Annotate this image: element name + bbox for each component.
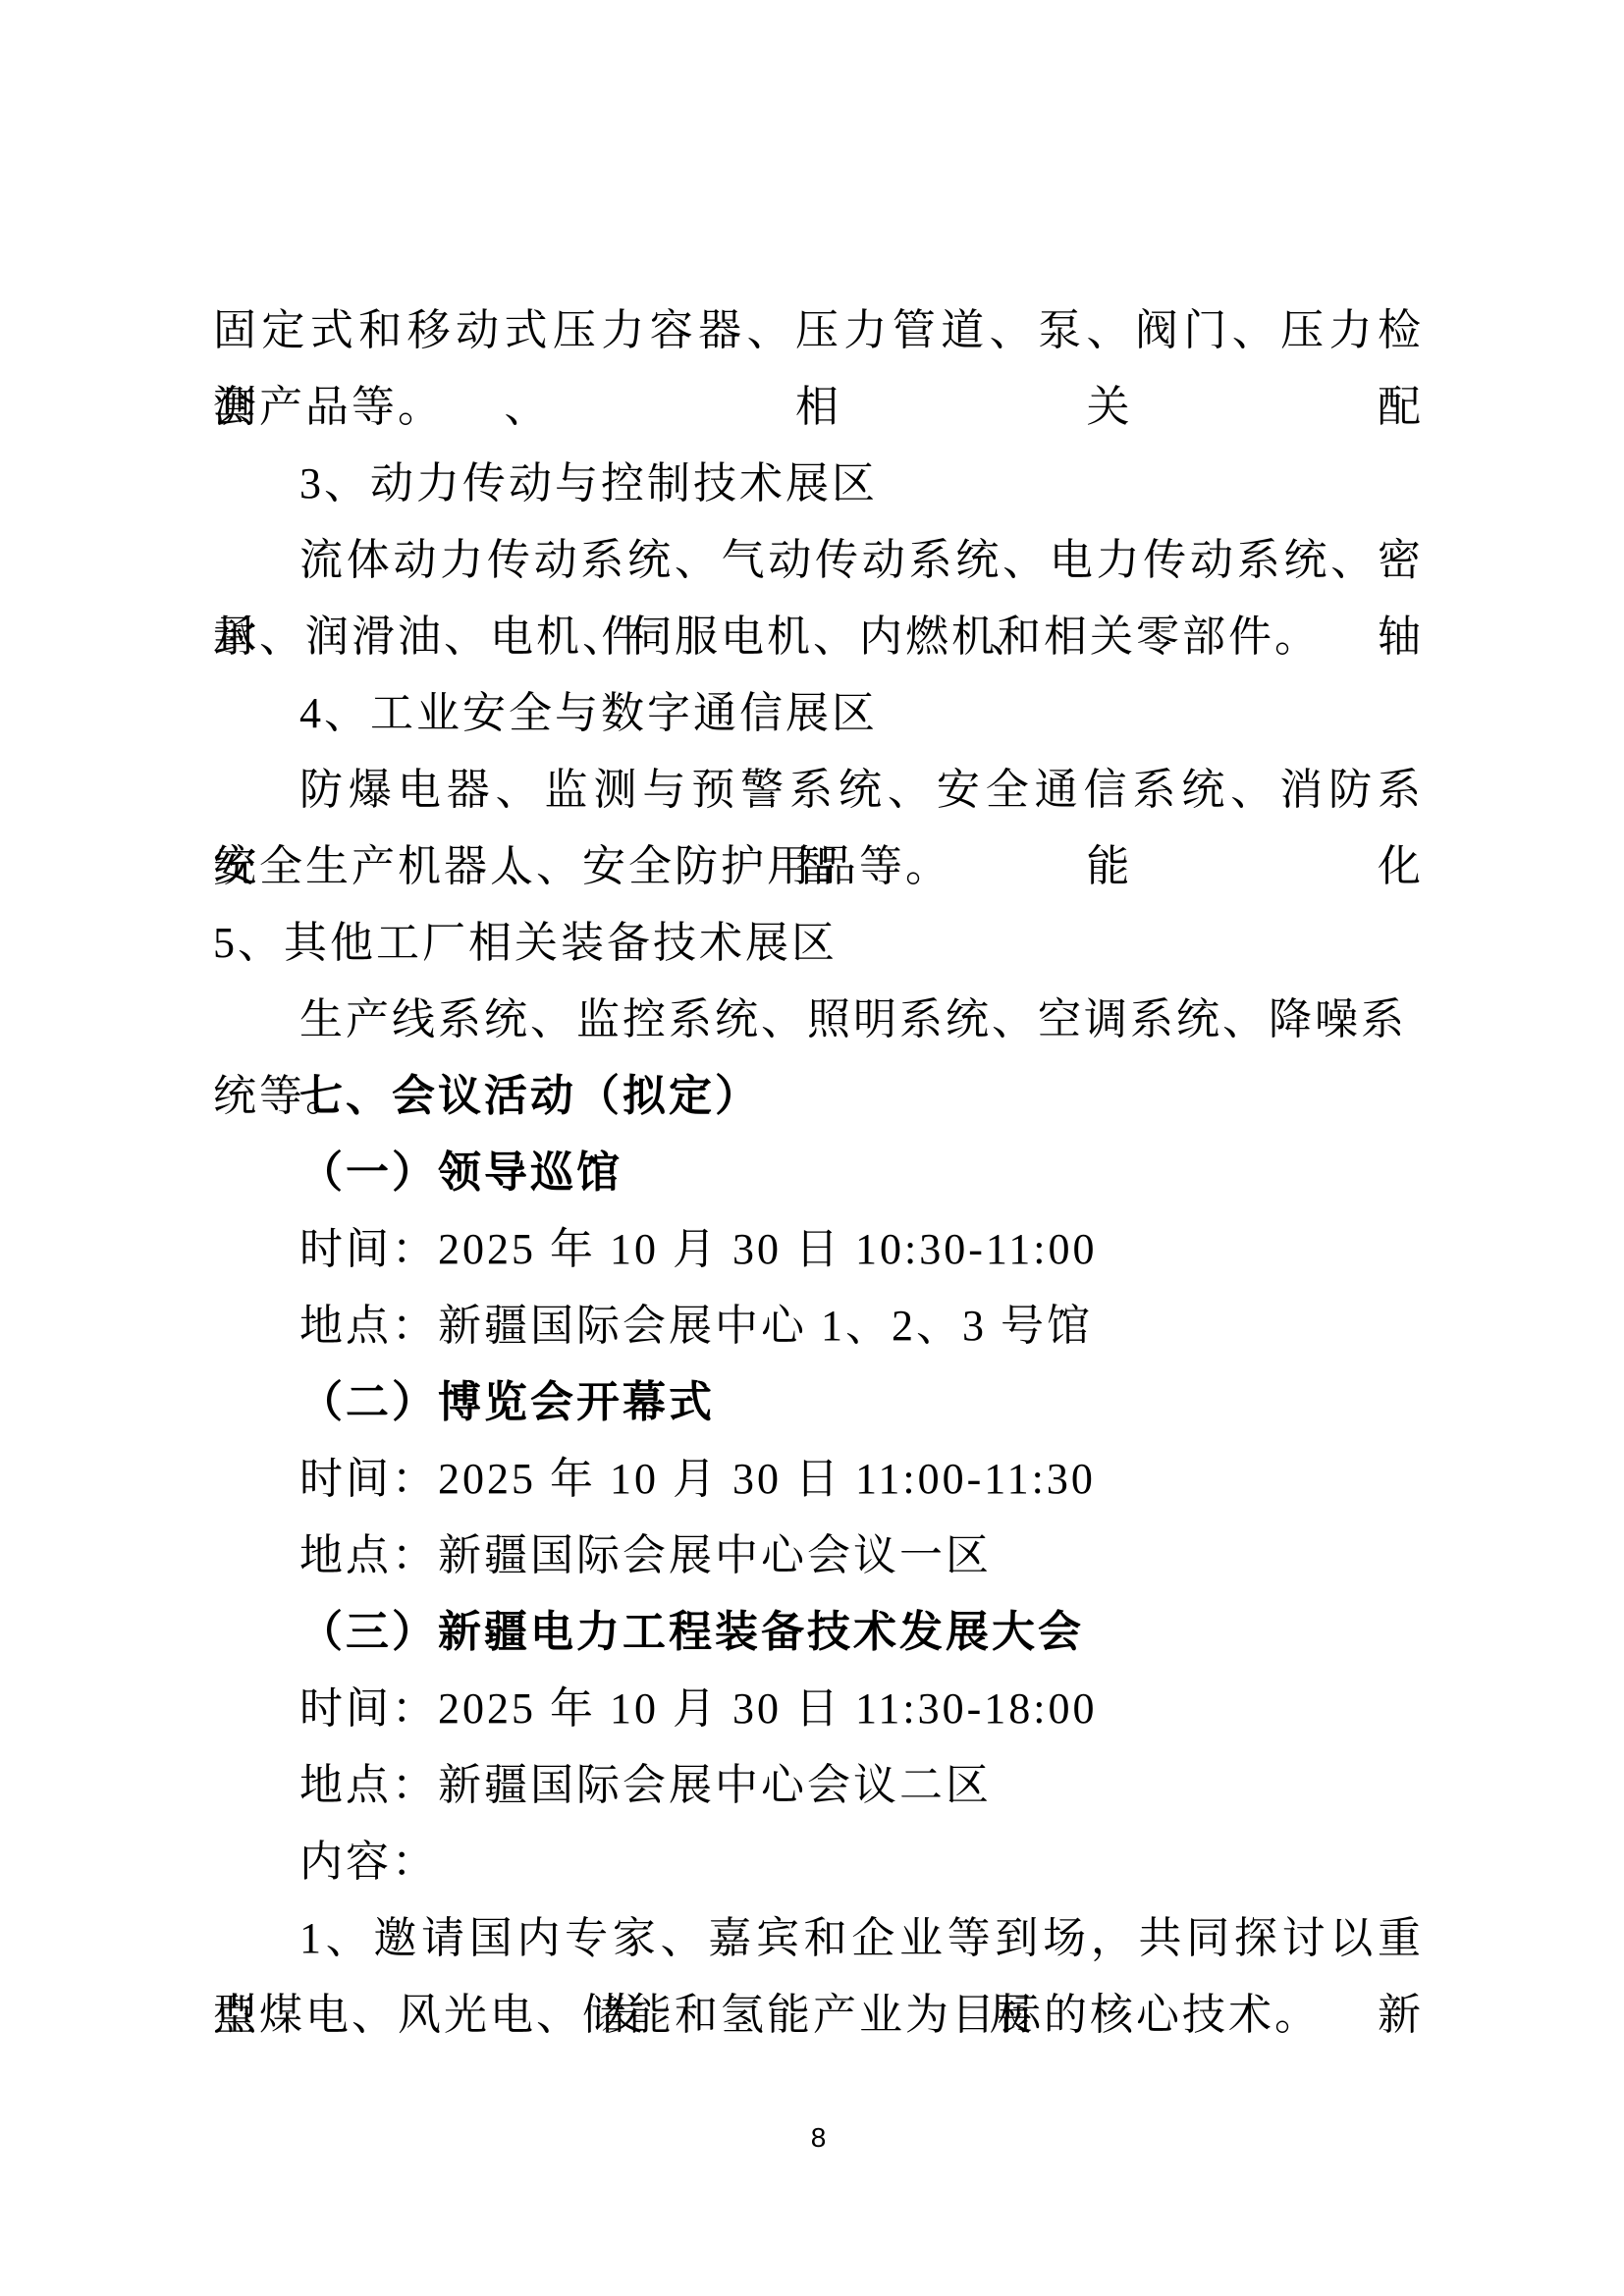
list-item-3: 3、动力传动与控制技术展区: [213, 446, 1424, 522]
document-body: 固定式和移动式压力容器、压力管道、泵、阀门、压力检测、相关配 套产品等。 3、动…: [213, 293, 1424, 2054]
event-time: 时间：2025 年 10 月 30 日 10:30-11:00: [213, 1211, 1424, 1288]
body-line: 流体动力传动系统、气动传动系统、电力传动系统、密封件、轴: [213, 522, 1424, 599]
sub-heading-2: （二）博览会开幕式: [213, 1364, 1424, 1441]
list-item-5: 5、其他工厂相关装备技术展区: [213, 905, 1424, 982]
event-place: 地点：新疆国际会展中心会议二区: [213, 1747, 1424, 1824]
section-heading: 七、会议活动（拟定）: [213, 1058, 1424, 1135]
event-place: 地点：新疆国际会展中心会议一区: [213, 1518, 1424, 1594]
page-number: 8: [213, 2118, 1424, 2158]
sub-heading-1: （一）领导巡馆: [213, 1135, 1424, 1211]
body-line: 防爆电器、监测与预警系统、安全通信系统、消防系统、智能化: [213, 752, 1424, 828]
event-place: 地点：新疆国际会展中心 1、2、3 号馆: [213, 1288, 1424, 1364]
body-line: 生产线系统、监控系统、照明系统、空调系统、降噪系统等。: [213, 982, 1424, 1058]
document-page: 固定式和移动式压力容器、压力管道、泵、阀门、压力检测、相关配 套产品等。 3、动…: [0, 0, 1624, 2296]
content-label: 内容：: [213, 1824, 1424, 1900]
body-line: 承、润滑油、电机、伺服电机、内燃机和相关零部件。: [213, 599, 1424, 675]
body-line: 型煤电、风光电、储能和氢能产业为目标的核心技术。: [213, 1977, 1424, 2054]
body-line: 1、邀请国内专家、嘉宾和企业等到场，共同探讨以重点发展新: [213, 1900, 1424, 1977]
list-item-4: 4、工业安全与数字通信展区: [213, 675, 1424, 752]
sub-heading-3: （三）新疆电力工程装备技术发展大会: [213, 1594, 1424, 1671]
body-line: 固定式和移动式压力容器、压力管道、泵、阀门、压力检测、相关配: [213, 293, 1424, 369]
event-time: 时间：2025 年 10 月 30 日 11:00-11:30: [213, 1441, 1424, 1518]
event-time: 时间：2025 年 10 月 30 日 11:30-18:00: [213, 1671, 1424, 1747]
